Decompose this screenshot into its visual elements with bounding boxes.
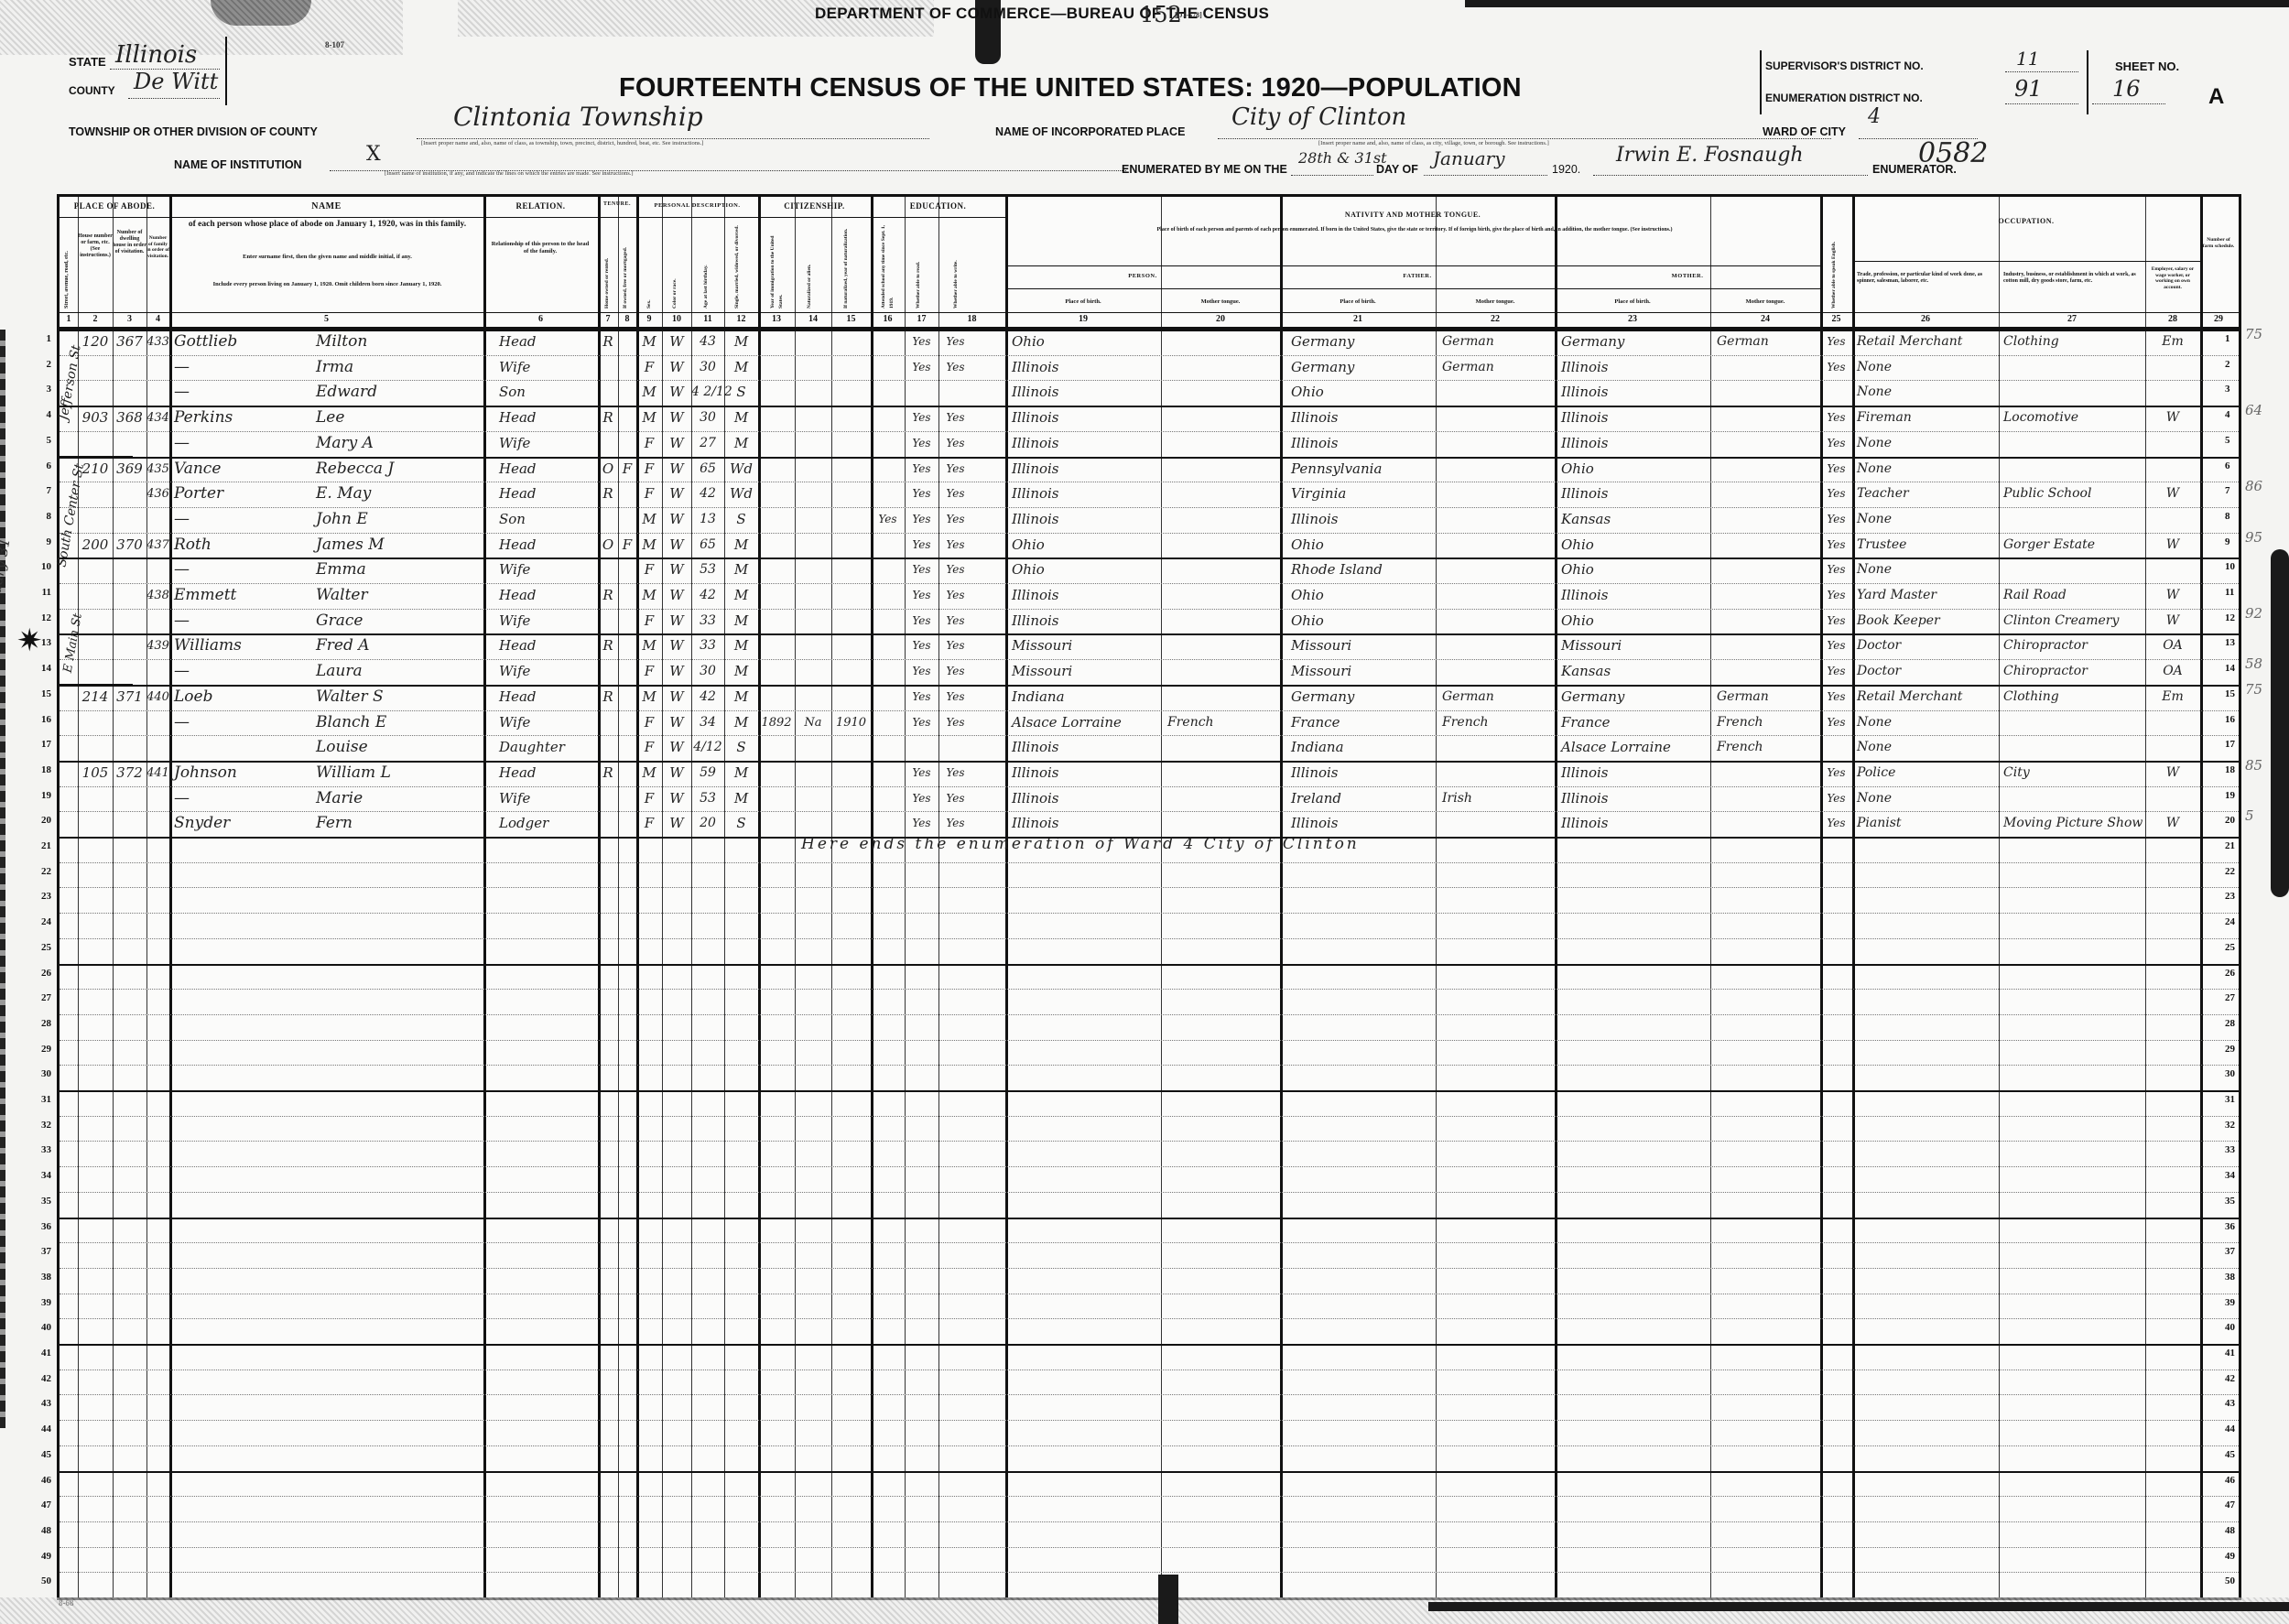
cell-natyr[interactable] xyxy=(831,558,871,582)
enumerated-month-field[interactable]: January xyxy=(1424,160,1547,176)
cell-house[interactable] xyxy=(78,355,113,380)
cell-trade[interactable]: Doctor xyxy=(1857,659,1999,684)
cell-read[interactable]: Yes xyxy=(905,685,938,709)
cell-home[interactable]: O xyxy=(598,533,618,558)
cell-write[interactable]: Yes xyxy=(938,431,972,456)
enumerated-day-field[interactable]: 28th & 31st xyxy=(1291,160,1373,176)
cell-age[interactable]: 53 xyxy=(691,558,724,582)
cell-f-mt[interactable] xyxy=(1442,507,1555,532)
incorporated-place-field[interactable]: City of Clinton xyxy=(1218,122,1831,139)
cell-relation[interactable]: Son xyxy=(490,507,607,532)
cell-home[interactable] xyxy=(598,786,618,811)
cell-family[interactable]: 433 xyxy=(146,330,169,354)
cell-surname[interactable]: — xyxy=(174,710,302,735)
cell-m-mt[interactable] xyxy=(1717,406,1820,430)
cell-school[interactable] xyxy=(871,533,905,558)
cell-sex[interactable]: M xyxy=(636,533,662,558)
cell-class[interactable]: Em xyxy=(2145,330,2200,354)
cell-given[interactable]: Marie xyxy=(307,786,490,811)
institution-field[interactable]: X xyxy=(330,156,1126,171)
cell-pob[interactable]: Ohio xyxy=(1012,558,1161,582)
cell-school[interactable] xyxy=(871,633,905,658)
cell-home[interactable] xyxy=(598,710,618,735)
cell-school[interactable] xyxy=(871,583,905,608)
cell-trade[interactable]: Teacher xyxy=(1857,482,1999,506)
cell-m-mt[interactable] xyxy=(1717,761,1820,785)
enumerator-field[interactable]: Irwin E. Fosnaugh xyxy=(1593,160,1868,176)
cell-dwelling[interactable]: 369 xyxy=(113,457,146,482)
cell-given[interactable]: Laura xyxy=(307,659,490,684)
county-field[interactable]: De Witt xyxy=(128,80,220,99)
cell-surname[interactable]: — xyxy=(174,609,302,633)
cell-read[interactable]: Yes xyxy=(905,633,938,658)
cell-m-pob[interactable]: Illinois xyxy=(1561,431,1710,456)
cell-m-pob[interactable]: Germany xyxy=(1561,330,1710,354)
cell-m-mt[interactable] xyxy=(1717,482,1820,506)
cell-imm[interactable] xyxy=(758,533,795,558)
cell-relation[interactable]: Head xyxy=(490,406,607,430)
cell-marital[interactable]: S xyxy=(724,380,758,405)
cell-nat[interactable] xyxy=(795,659,831,684)
cell-imm[interactable] xyxy=(758,633,795,658)
cell-surname[interactable]: — xyxy=(174,659,302,684)
cell-family[interactable] xyxy=(146,355,169,380)
cell-read[interactable] xyxy=(905,735,938,760)
cell-age[interactable]: 59 xyxy=(691,761,724,785)
cell-race[interactable]: W xyxy=(662,735,691,760)
cell-pob[interactable]: Illinois xyxy=(1012,380,1161,405)
cell-relation[interactable]: Head xyxy=(490,583,607,608)
cell-f-pob[interactable]: Germany xyxy=(1291,685,1436,709)
cell-natyr[interactable] xyxy=(831,659,871,684)
cell-natyr[interactable] xyxy=(831,533,871,558)
cell-pob[interactable]: Illinois xyxy=(1012,431,1161,456)
cell-pob[interactable]: Missouri xyxy=(1012,633,1161,658)
cell-class[interactable] xyxy=(2145,786,2200,811)
cell-natyr[interactable] xyxy=(831,330,871,354)
cell-read[interactable]: Yes xyxy=(905,583,938,608)
cell-house[interactable] xyxy=(78,786,113,811)
cell-class[interactable] xyxy=(2145,558,2200,582)
cell-home[interactable] xyxy=(598,380,618,405)
cell-given[interactable]: James M xyxy=(307,533,490,558)
cell-write[interactable]: Yes xyxy=(938,355,972,380)
cell-house[interactable]: 903 xyxy=(78,406,113,430)
cell-write[interactable]: Yes xyxy=(938,609,972,633)
cell-given[interactable]: Blanch E xyxy=(307,710,490,735)
cell-mt[interactable] xyxy=(1167,330,1280,354)
cell-surname[interactable]: Perkins xyxy=(174,406,302,430)
cell-f-pob[interactable]: Illinois xyxy=(1291,406,1436,430)
cell-english[interactable]: Yes xyxy=(1820,710,1852,735)
cell-english[interactable]: Yes xyxy=(1820,633,1852,658)
cell-surname[interactable]: Williams xyxy=(174,633,302,658)
cell-m-pob[interactable]: Ohio xyxy=(1561,457,1710,482)
cell-mt[interactable]: French xyxy=(1167,710,1280,735)
cell-nat[interactable] xyxy=(795,786,831,811)
cell-trade[interactable]: Fireman xyxy=(1857,406,1999,430)
cell-marital[interactable]: Wd xyxy=(724,457,758,482)
cell-class[interactable]: W xyxy=(2145,761,2200,785)
cell-m-mt[interactable]: French xyxy=(1717,735,1820,760)
cell-english[interactable]: Yes xyxy=(1820,786,1852,811)
cell-nat[interactable] xyxy=(795,355,831,380)
cell-read[interactable]: Yes xyxy=(905,786,938,811)
cell-trade[interactable]: Trustee xyxy=(1857,533,1999,558)
cell-english[interactable]: Yes xyxy=(1820,457,1852,482)
cell-relation[interactable]: Head xyxy=(490,482,607,506)
cell-house[interactable] xyxy=(78,735,113,760)
cell-industry[interactable]: Gorger Estate xyxy=(2003,533,2145,558)
cell-trade[interactable]: None xyxy=(1857,786,1999,811)
cell-trade[interactable]: None xyxy=(1857,380,1999,405)
cell-sex[interactable]: M xyxy=(636,507,662,532)
cell-mort[interactable] xyxy=(618,583,636,608)
cell-mort[interactable]: F xyxy=(618,533,636,558)
cell-natyr[interactable] xyxy=(831,406,871,430)
cell-marital[interactable]: M xyxy=(724,786,758,811)
cell-m-pob[interactable]: Germany xyxy=(1561,685,1710,709)
cell-f-pob[interactable]: Illinois xyxy=(1291,507,1436,532)
cell-imm[interactable]: 1892 xyxy=(758,710,795,735)
cell-mort[interactable] xyxy=(618,406,636,430)
cell-school[interactable] xyxy=(871,761,905,785)
cell-nat[interactable] xyxy=(795,558,831,582)
cell-m-mt[interactable] xyxy=(1717,583,1820,608)
cell-age[interactable]: 4 2/12 xyxy=(691,380,724,405)
cell-nat[interactable] xyxy=(795,457,831,482)
cell-school[interactable] xyxy=(871,811,905,836)
cell-given[interactable]: John E xyxy=(307,507,490,532)
cell-m-mt[interactable] xyxy=(1717,558,1820,582)
cell-write[interactable]: Yes xyxy=(938,457,972,482)
cell-age[interactable]: 42 xyxy=(691,583,724,608)
cell-imm[interactable] xyxy=(758,761,795,785)
cell-family[interactable] xyxy=(146,659,169,684)
cell-family[interactable]: 440 xyxy=(146,685,169,709)
cell-home[interactable] xyxy=(598,355,618,380)
cell-imm[interactable] xyxy=(758,735,795,760)
cell-home[interactable]: R xyxy=(598,406,618,430)
cell-family[interactable] xyxy=(146,811,169,836)
cell-school[interactable] xyxy=(871,786,905,811)
cell-pob[interactable]: Illinois xyxy=(1012,786,1161,811)
cell-mt[interactable] xyxy=(1167,507,1280,532)
cell-dwelling[interactable] xyxy=(113,633,146,658)
cell-read[interactable]: Yes xyxy=(905,431,938,456)
cell-marital[interactable]: Wd xyxy=(724,482,758,506)
cell-home[interactable] xyxy=(598,431,618,456)
cell-marital[interactable]: M xyxy=(724,330,758,354)
cell-pob[interactable]: Illinois xyxy=(1012,761,1161,785)
cell-dwelling[interactable]: 371 xyxy=(113,685,146,709)
cell-school[interactable] xyxy=(871,659,905,684)
cell-read[interactable]: Yes xyxy=(905,457,938,482)
cell-natyr[interactable]: 1910 xyxy=(831,710,871,735)
cell-given[interactable]: Edward xyxy=(307,380,490,405)
cell-relation[interactable]: Head xyxy=(490,761,607,785)
cell-f-mt[interactable]: Irish xyxy=(1442,786,1555,811)
cell-surname[interactable]: Snyder xyxy=(174,811,302,836)
cell-given[interactable]: Fred A xyxy=(307,633,490,658)
cell-m-mt[interactable] xyxy=(1717,533,1820,558)
cell-marital[interactable]: S xyxy=(724,735,758,760)
cell-m-mt[interactable] xyxy=(1717,355,1820,380)
cell-dwelling[interactable] xyxy=(113,355,146,380)
cell-write[interactable]: Yes xyxy=(938,330,972,354)
cell-f-mt[interactable] xyxy=(1442,482,1555,506)
cell-imm[interactable] xyxy=(758,507,795,532)
cell-home[interactable] xyxy=(598,659,618,684)
supervisor-district-field[interactable]: 11 xyxy=(2005,57,2078,72)
cell-marital[interactable]: M xyxy=(724,583,758,608)
cell-m-mt[interactable]: German xyxy=(1717,330,1820,354)
cell-pob[interactable]: Alsace Lorraine xyxy=(1012,710,1161,735)
cell-m-pob[interactable]: Illinois xyxy=(1561,482,1710,506)
cell-f-mt[interactable] xyxy=(1442,811,1555,836)
cell-f-pob[interactable]: Ohio xyxy=(1291,380,1436,405)
cell-sex[interactable]: F xyxy=(636,786,662,811)
cell-write[interactable]: Yes xyxy=(938,482,972,506)
cell-f-pob[interactable]: Ireland xyxy=(1291,786,1436,811)
cell-class[interactable]: W xyxy=(2145,533,2200,558)
cell-mt[interactable] xyxy=(1167,380,1280,405)
cell-english[interactable]: Yes xyxy=(1820,431,1852,456)
cell-surname[interactable]: — xyxy=(174,558,302,582)
cell-mort[interactable] xyxy=(618,811,636,836)
cell-relation[interactable]: Lodger xyxy=(490,811,607,836)
cell-write[interactable] xyxy=(938,735,972,760)
cell-english[interactable]: Yes xyxy=(1820,406,1852,430)
cell-industry[interactable] xyxy=(2003,507,2145,532)
cell-write[interactable]: Yes xyxy=(938,685,972,709)
cell-surname[interactable]: Loeb xyxy=(174,685,302,709)
cell-school[interactable]: Yes xyxy=(871,507,905,532)
state-field[interactable]: Illinois xyxy=(110,50,220,70)
cell-marital[interactable]: M xyxy=(724,355,758,380)
cell-f-mt[interactable]: German xyxy=(1442,355,1555,380)
cell-surname[interactable]: Gottlieb xyxy=(174,330,302,354)
cell-read[interactable]: Yes xyxy=(905,406,938,430)
cell-age[interactable]: 42 xyxy=(691,482,724,506)
cell-relation[interactable]: Head xyxy=(490,457,607,482)
cell-marital[interactable]: M xyxy=(724,406,758,430)
cell-english[interactable]: Yes xyxy=(1820,533,1852,558)
cell-given[interactable]: Milton xyxy=(307,330,490,354)
cell-dwelling[interactable] xyxy=(113,583,146,608)
cell-m-pob[interactable]: Kansas xyxy=(1561,507,1710,532)
cell-natyr[interactable] xyxy=(831,457,871,482)
cell-trade[interactable]: None xyxy=(1857,735,1999,760)
cell-m-mt[interactable]: French xyxy=(1717,710,1820,735)
cell-school[interactable] xyxy=(871,380,905,405)
cell-mt[interactable] xyxy=(1167,558,1280,582)
cell-race[interactable]: W xyxy=(662,609,691,633)
cell-marital[interactable]: M xyxy=(724,633,758,658)
cell-pob[interactable]: Illinois xyxy=(1012,507,1161,532)
cell-mt[interactable] xyxy=(1167,761,1280,785)
cell-f-pob[interactable]: Missouri xyxy=(1291,633,1436,658)
cell-nat[interactable] xyxy=(795,761,831,785)
cell-pob[interactable]: Illinois xyxy=(1012,609,1161,633)
cell-industry[interactable] xyxy=(2003,380,2145,405)
cell-age[interactable]: 33 xyxy=(691,633,724,658)
cell-relation[interactable]: Head xyxy=(490,330,607,354)
cell-school[interactable] xyxy=(871,355,905,380)
cell-trade[interactable]: Book Keeper xyxy=(1857,609,1999,633)
cell-f-pob[interactable]: Rhode Island xyxy=(1291,558,1436,582)
cell-surname[interactable] xyxy=(174,735,302,760)
cell-nat[interactable]: Na xyxy=(795,710,831,735)
cell-given[interactable]: Walter xyxy=(307,583,490,608)
cell-english[interactable]: Yes xyxy=(1820,685,1852,709)
cell-read[interactable]: Yes xyxy=(905,533,938,558)
cell-f-mt[interactable] xyxy=(1442,761,1555,785)
cell-mt[interactable] xyxy=(1167,609,1280,633)
cell-mt[interactable] xyxy=(1167,431,1280,456)
cell-m-pob[interactable]: Ohio xyxy=(1561,609,1710,633)
cell-english[interactable]: Yes xyxy=(1820,330,1852,354)
cell-school[interactable] xyxy=(871,558,905,582)
cell-age[interactable]: 34 xyxy=(691,710,724,735)
cell-given[interactable]: Irma xyxy=(307,355,490,380)
cell-mort[interactable] xyxy=(618,482,636,506)
cell-f-pob[interactable]: Virginia xyxy=(1291,482,1436,506)
cell-industry[interactable]: Clothing xyxy=(2003,330,2145,354)
cell-trade[interactable]: None xyxy=(1857,507,1999,532)
cell-read[interactable]: Yes xyxy=(905,761,938,785)
cell-race[interactable]: W xyxy=(662,659,691,684)
cell-house[interactable]: 105 xyxy=(78,761,113,785)
cell-dwelling[interactable] xyxy=(113,380,146,405)
cell-write[interactable] xyxy=(938,380,972,405)
cell-read[interactable]: Yes xyxy=(905,558,938,582)
cell-trade[interactable]: Yard Master xyxy=(1857,583,1999,608)
cell-age[interactable]: 30 xyxy=(691,659,724,684)
cell-race[interactable]: W xyxy=(662,558,691,582)
cell-mt[interactable] xyxy=(1167,355,1280,380)
cell-english[interactable]: Yes xyxy=(1820,558,1852,582)
cell-house[interactable]: 214 xyxy=(78,685,113,709)
cell-home[interactable]: R xyxy=(598,482,618,506)
cell-m-pob[interactable]: Kansas xyxy=(1561,659,1710,684)
cell-natyr[interactable] xyxy=(831,811,871,836)
cell-family[interactable]: 434 xyxy=(146,406,169,430)
cell-race[interactable]: W xyxy=(662,457,691,482)
cell-read[interactable]: Yes xyxy=(905,811,938,836)
cell-m-pob[interactable]: Illinois xyxy=(1561,380,1710,405)
cell-write[interactable]: Yes xyxy=(938,558,972,582)
cell-industry[interactable]: Rail Road xyxy=(2003,583,2145,608)
cell-sex[interactable]: F xyxy=(636,431,662,456)
cell-trade[interactable]: None xyxy=(1857,457,1999,482)
cell-given[interactable]: Fern xyxy=(307,811,490,836)
cell-pob[interactable]: Ohio xyxy=(1012,330,1161,354)
cell-race[interactable]: W xyxy=(662,406,691,430)
cell-industry[interactable] xyxy=(2003,355,2145,380)
cell-imm[interactable] xyxy=(758,431,795,456)
cell-m-mt[interactable] xyxy=(1717,507,1820,532)
cell-pob[interactable]: Ohio xyxy=(1012,533,1161,558)
cell-age[interactable]: 65 xyxy=(691,533,724,558)
cell-industry[interactable]: Clinton Creamery xyxy=(2003,609,2145,633)
cell-family[interactable] xyxy=(146,507,169,532)
cell-surname[interactable]: — xyxy=(174,507,302,532)
cell-m-pob[interactable]: Ohio xyxy=(1561,533,1710,558)
cell-mort[interactable] xyxy=(618,633,636,658)
cell-class[interactable]: W xyxy=(2145,583,2200,608)
cell-home[interactable] xyxy=(598,735,618,760)
cell-dwelling[interactable] xyxy=(113,811,146,836)
cell-m-pob[interactable]: France xyxy=(1561,710,1710,735)
cell-sex[interactable]: F xyxy=(636,710,662,735)
cell-house[interactable] xyxy=(78,431,113,456)
cell-nat[interactable] xyxy=(795,583,831,608)
cell-relation[interactable]: Daughter xyxy=(490,735,607,760)
cell-age[interactable]: 42 xyxy=(691,685,724,709)
cell-mort[interactable] xyxy=(618,609,636,633)
cell-relation[interactable]: Head xyxy=(490,633,607,658)
cell-class[interactable]: OA xyxy=(2145,633,2200,658)
cell-home[interactable]: R xyxy=(598,583,618,608)
cell-home[interactable] xyxy=(598,811,618,836)
cell-write[interactable]: Yes xyxy=(938,659,972,684)
cell-dwelling[interactable] xyxy=(113,558,146,582)
cell-relation[interactable]: Wife xyxy=(490,355,607,380)
cell-relation[interactable]: Wife xyxy=(490,609,607,633)
cell-sex[interactable]: F xyxy=(636,482,662,506)
cell-dwelling[interactable]: 367 xyxy=(113,330,146,354)
cell-relation[interactable]: Wife xyxy=(490,659,607,684)
cell-english[interactable]: Yes xyxy=(1820,355,1852,380)
cell-read[interactable]: Yes xyxy=(905,482,938,506)
cell-trade[interactable]: Retail Merchant xyxy=(1857,685,1999,709)
cell-dwelling[interactable] xyxy=(113,507,146,532)
cell-f-pob[interactable]: France xyxy=(1291,710,1436,735)
cell-age[interactable]: 20 xyxy=(691,811,724,836)
cell-nat[interactable] xyxy=(795,330,831,354)
cell-sex[interactable]: F xyxy=(636,558,662,582)
cell-family[interactable] xyxy=(146,609,169,633)
cell-house[interactable] xyxy=(78,811,113,836)
cell-sex[interactable]: F xyxy=(636,735,662,760)
cell-surname[interactable]: — xyxy=(174,355,302,380)
cell-english[interactable]: Yes xyxy=(1820,482,1852,506)
cell-race[interactable]: W xyxy=(662,811,691,836)
cell-m-pob[interactable]: Illinois xyxy=(1561,761,1710,785)
cell-family[interactable] xyxy=(146,786,169,811)
cell-trade[interactable]: None xyxy=(1857,710,1999,735)
cell-natyr[interactable] xyxy=(831,507,871,532)
cell-imm[interactable] xyxy=(758,659,795,684)
cell-class[interactable]: W xyxy=(2145,406,2200,430)
cell-pob[interactable]: Illinois xyxy=(1012,406,1161,430)
cell-pob[interactable]: Illinois xyxy=(1012,583,1161,608)
cell-race[interactable]: W xyxy=(662,533,691,558)
cell-home[interactable] xyxy=(598,609,618,633)
cell-home[interactable] xyxy=(598,507,618,532)
cell-given[interactable]: Lee xyxy=(307,406,490,430)
cell-f-mt[interactable] xyxy=(1442,558,1555,582)
cell-imm[interactable] xyxy=(758,330,795,354)
cell-marital[interactable]: M xyxy=(724,558,758,582)
cell-industry[interactable]: Clothing xyxy=(2003,685,2145,709)
cell-trade[interactable]: None xyxy=(1857,558,1999,582)
cell-school[interactable] xyxy=(871,457,905,482)
cell-race[interactable]: W xyxy=(662,507,691,532)
cell-nat[interactable] xyxy=(795,633,831,658)
cell-relation[interactable]: Wife xyxy=(490,710,607,735)
